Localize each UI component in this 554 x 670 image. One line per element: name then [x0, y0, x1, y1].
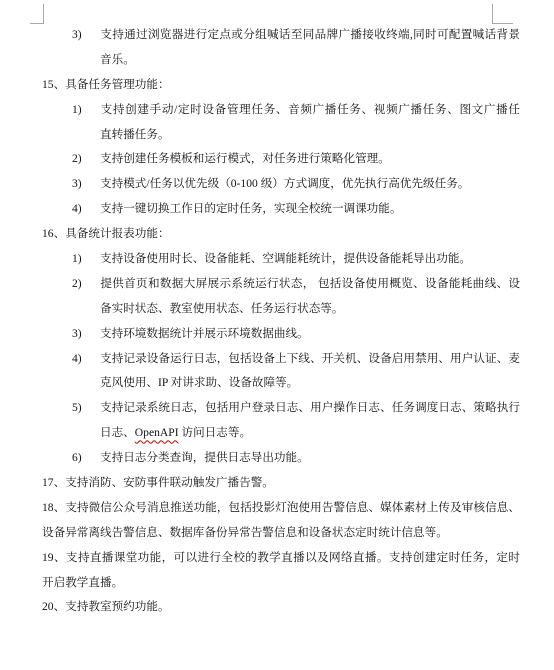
line-text: 日志、	[100, 426, 135, 439]
line-text: 支持一键切换工作日的定时任务，实现全校统一调课功能。	[100, 202, 401, 215]
line-text: 20、支持教室预约功能。	[42, 600, 170, 613]
line-text: 开启教学直播。	[42, 576, 123, 589]
doc-line: 19、支持直播课堂功能，可以进行全校的教学直播以及网络直播。支持创建定时任务，定…	[42, 546, 520, 571]
doc-line: 音乐。	[100, 48, 520, 73]
list-number: 3)	[72, 322, 100, 347]
text-boundary-mark-top-right	[492, 4, 513, 24]
line-text: 19、支持直播课堂功能，可以进行全校的教学直播以及网络直播。支持创建定时任务，定…	[42, 551, 520, 564]
line-text: 支持通过浏览器进行定点或分组喊话至同品牌广播接收终端,同时可配置喊话背景	[100, 28, 520, 41]
spellcheck-word: OpenAPI	[135, 426, 179, 439]
line-text: 备实时状态、教室使用状态、任务运行状态等。	[100, 302, 343, 315]
list-number: 4)	[72, 347, 100, 372]
doc-line: 2)提供首页和数据大屏展示系统运行状态， 包括设备使用概览、设备能耗曲线、设	[72, 272, 520, 297]
list-number: 1)	[72, 98, 100, 123]
doc-line: 2)支持创建任务模板和运行模式，对任务进行策略化管理。	[72, 147, 520, 172]
list-number: 4)	[72, 197, 100, 222]
text-boundary-mark-top-left	[30, 4, 44, 24]
doc-line: 18、支持微信公众号消息推送功能，包括投影灯泡使用告警信息、媒体素材上传及审核信…	[42, 496, 520, 521]
line-text: 17、支持消防、安防事件联动触发广播告警。	[42, 476, 274, 489]
line-text: 访问日志等。	[179, 426, 251, 439]
doc-line: 6)支持日志分类查询，提供日志导出功能。	[72, 446, 520, 471]
line-text: 设备异常离线告警信息、数据库备份异常告警信息和设备状态定时统计信息等。	[42, 526, 448, 539]
doc-line: 克风使用、IP 对讲求助、设备故障等。	[100, 371, 520, 396]
doc-line: 3)支持环境数据统计并展示环境数据曲线。	[72, 322, 520, 347]
line-text: 18、支持微信公众号消息推送功能，包括投影灯泡使用告警信息、媒体素材上传及审核信…	[42, 501, 520, 514]
line-text: 音乐。	[100, 53, 135, 66]
doc-line: 1)支持创建手动/定时设备管理任务、音频广播任务、视频广播任务、图文广播任务、	[72, 98, 520, 123]
line-text: 支持设备使用时长、设备能耗、空调能耗统计，提供设备能耗导出功能。	[100, 252, 471, 265]
line-text: 支持创建任务模板和运行模式，对任务进行策略化管理。	[100, 152, 390, 165]
line-text: 支持日志分类查询，提供日志导出功能。	[100, 451, 309, 464]
line-text: 支持记录系统日志，包括用户登录日志、用户操作日志、任务调度日志、策略执行	[100, 401, 520, 414]
list-number: 2)	[72, 272, 100, 297]
doc-line: 17、支持消防、安防事件联动触发广播告警。	[42, 471, 520, 496]
list-number: 1)	[72, 247, 100, 272]
line-text: 提供首页和数据大屏展示系统运行状态， 包括设备使用概览、设备能耗曲线、设	[100, 277, 520, 290]
document-page: 3)支持通过浏览器进行定点或分组喊话至同品牌广播接收终端,同时可配置喊话背景 音…	[0, 0, 554, 670]
doc-line: 3)支持通过浏览器进行定点或分组喊话至同品牌广播接收终端,同时可配置喊话背景	[72, 23, 520, 48]
doc-line: 15、具备任务管理功能：	[42, 73, 520, 98]
list-number: 2)	[72, 147, 100, 172]
line-text: 支持模式/任务以优先级（0-100 级）方式调度，优先执行高优先级任务。	[100, 177, 469, 190]
doc-line: 4)支持记录设备运行日志，包括设备上下线、开关机、设备启用禁用、用户认证、麦	[72, 347, 520, 372]
line-text: 克风使用、IP 对讲求助、设备故障等。	[100, 376, 298, 389]
doc-line: 开启教学直播。	[42, 571, 520, 596]
doc-line: 直转播任务。	[100, 123, 520, 148]
list-number: 3)	[72, 23, 100, 48]
list-number: 6)	[72, 446, 100, 471]
doc-line: 3)支持模式/任务以优先级（0-100 级）方式调度，优先执行高优先级任务。	[72, 172, 520, 197]
line-text: 15、具备任务管理功能：	[42, 78, 170, 91]
line-text: 16、具备统计报表功能：	[42, 227, 170, 240]
line-text: 直转播任务。	[100, 128, 170, 141]
line-text: 支持环境数据统计并展示环境数据曲线。	[100, 327, 309, 340]
list-number: 3)	[72, 172, 100, 197]
line-text: 支持创建手动/定时设备管理任务、音频广播任务、视频广播任务、图文广播任务、	[72, 103, 520, 123]
doc-line: 备实时状态、教室使用状态、任务运行状态等。	[100, 297, 520, 322]
doc-line: 20、支持教室预约功能。	[42, 595, 520, 620]
line-text: 支持记录设备运行日志，包括设备上下线、开关机、设备启用禁用、用户认证、麦	[100, 352, 520, 365]
doc-line: 1)支持设备使用时长、设备能耗、空调能耗统计，提供设备能耗导出功能。	[72, 247, 520, 272]
doc-line: 日志、OpenAPI 访问日志等。	[100, 421, 520, 446]
document-body: 3)支持通过浏览器进行定点或分组喊话至同品牌广播接收终端,同时可配置喊话背景 音…	[0, 23, 554, 620]
doc-line: 5)支持记录系统日志，包括用户登录日志、用户操作日志、任务调度日志、策略执行	[72, 396, 520, 421]
doc-line: 设备异常离线告警信息、数据库备份异常告警信息和设备状态定时统计信息等。	[42, 521, 520, 546]
doc-line: 16、具备统计报表功能：	[42, 222, 520, 247]
doc-line: 4)支持一键切换工作日的定时任务，实现全校统一调课功能。	[72, 197, 520, 222]
list-number: 5)	[72, 396, 100, 421]
